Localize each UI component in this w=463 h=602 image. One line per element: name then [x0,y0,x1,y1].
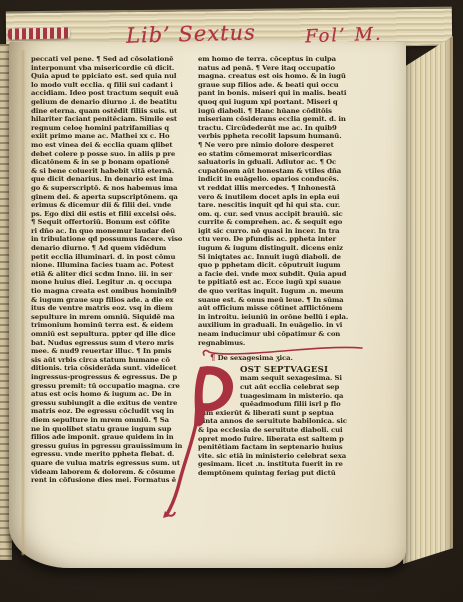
initial-paragraph-text: OST SEPTVAGESImam sequit sexagesima. Sic… [240,366,374,409]
text-line: indicit in euāgelio. oparios conducēs. [198,175,374,184]
text-line: currite & comprehen. ac. & sequit ego [198,218,374,227]
text-line: ginem dei. & aperta supscriptōnem. qa [31,193,199,202]
folio-number: Fol’ M. [305,24,383,48]
text-line: peccati vel pene. ¶ Sed ad cōsolationē [31,55,199,64]
text-line: ginta annos de seruitute babilonica. sic [198,417,374,426]
text-line: quēadmodum filii isrl p flo [240,400,374,409]
text-line: in introitu. ieiuniū in orōne bellū i ep… [198,313,374,322]
text-line: sis aūt vrbis circa statum humane cō [31,356,199,365]
text-line: ¶ Ne vero pre nimio dolore desperet [198,141,374,150]
text-line: iugum & iugum distinguit. dicens eniz [198,244,374,253]
text-line: nione. Illumina facies tuam ac. Potest [31,261,199,270]
text-line: gelium de denario diurno .i. de beatitu [31,98,199,107]
text-line: de quo veritas inquit. Iugum .n. meum [198,287,374,296]
text-line: itus de ventre matris eoz. vsq in diem [31,304,199,313]
text-line: eo statim cōmemorat misericordias [198,150,374,159]
text-line: accidiam. Ideo post tractum sequit euā [31,89,199,98]
initial-block: OST SEPTVAGESImam sequit sexagesima. Sic… [198,366,374,478]
text-line: quare de vulua matris egressus sum. ut [31,459,199,468]
text-line: hilariter faciant penitēciam. Simile est [31,115,199,124]
text-line: vite. sic etiā in ministerio celebrat se… [198,452,374,461]
text-line: ps. Ego dixi dii estis et filii excelsi … [31,210,199,219]
text-line: tio magna creata est omibus hominib9 [31,287,199,296]
text-line: mo est vinea dei & ecclia quam qlibet [31,141,199,150]
text-line: OST SEPTVAGESI [240,366,374,375]
text-line: denario diurno. ¶ Ad quem vidēdum [31,244,199,253]
text-line: atus est ocis homo & iugum ac. De in [31,390,199,399]
text-line: diem sepulture in mrem omniū. ¶ Sa [31,416,199,425]
text-line: natus ad penā. ¶ Vere itaq occupatio [198,64,374,73]
running-title: Lib’ Sextus [126,20,256,47]
text-line: penitētiam factam in septenario huius [198,443,374,452]
text-line: etiā & aliter dici scdm Inno. iii. in se… [31,270,199,279]
text-line: suaue est. & onus meū leue. ¶ In sūma [198,296,374,305]
text-line: magna. creatus est ois homo. & in iugū [198,72,374,81]
text-line: erimus & dicemur dii & filii dei. vnde [31,201,199,210]
text-line: tractu. Circūdederūt me ac. In quib9 [198,124,374,133]
text-line: opret modo fuire. liberata est saltem p [198,435,374,444]
text-line: neam inducimur ubi cōpatimur & con [198,330,374,339]
text-line: graue sup filios ade. & beati qui occu [198,81,374,90]
fore-edge [403,36,453,564]
text-line: petit ecclia illuminari. d. in post cōmu [31,253,199,262]
right-column-bottom-text: tum exierūt & liberati sunt p septuagint… [198,409,374,478]
text-line: dine eterna. quam ostēdit filiis suis. u… [31,107,199,116]
text-line: tuagesimam in misterio. qa [240,392,374,401]
text-line: ctu vero. De pfundis ac. ppheta inter [198,235,374,244]
text-line: bat. Nudus egressus sum d vtero mris [31,339,199,348]
text-line: ne in quolibet statu graue iugum sup [31,425,199,434]
chapter-rubric: ¶ De sexagesima ʒica. [198,354,374,363]
text-line: videam laborem & dolorem. & cōsume [31,468,199,477]
text-line: mam sequit sexagesima. Si [240,374,374,383]
text-line: ingressus-progressus & egressus. De p [31,373,199,382]
text-line: igit sic curro. nō quasi in incer. In tr… [198,227,374,236]
pilcrow-icon: ¶ [210,353,215,363]
text-line: em homo de terra. cōceptus in culpa [198,55,374,64]
text-line: gressu subiungit a die exitus de ventre [31,399,199,408]
text-line: regnabimus. [198,339,374,348]
text-line: gressu premit: tū occupatio magna. cre [31,382,199,391]
text-column-right: em homo de terra. cōceptus in culpanatus… [198,55,374,478]
text-line: vt reddat illis mercedes. ¶ Inhonestā [198,184,374,193]
text-line: miseriam cōsiderans ecclia gemit. d. in [198,115,374,124]
text-line: Si iniqtates ac. Innuit iugū diaboli. de [198,253,374,262]
text-line: sepulture in mrem omniū. Siquidē ma [31,313,199,322]
photo-of-incunabulum-page: Lib’ Sextus Fol’ M. peccati vel pene. ¶ … [0,0,463,602]
text-line: que dicit denarius. In denario est ima [31,175,199,184]
text-line: aūt officium misse cōtinet afflictōnem [198,304,374,313]
text-line: mee. & nud9 reuertar illuc. ¶ In pmis [31,347,199,356]
text-line: tum exierūt & liberati sunt p septua [198,409,374,418]
text-line: filios ade imponit. graue quidem in in [31,433,199,442]
text-line: & ipa ecclesia de seruitute diaboli. cui [198,426,374,435]
text-line: trimonium hominū terra est. & eidem [31,321,199,330]
text-line: gesimam. licet .n. instituta fuerit in r… [198,460,374,469]
text-line: lo modo vult ecclia. q filii sui cadant … [31,81,199,90]
text-line: cut aūt ecclia celebrat sep [240,383,374,392]
text-line: ditionis. tria cōsiderāda sunt. videlice… [31,364,199,373]
text-line: interponunt vba misericordie cū dicit. [31,64,199,73]
text-line: & si bene coluerit habebit vitā eternā. [31,167,199,176]
endband [8,27,70,39]
text-line: iugū diaboli. ¶ Hanc hūane cōditōis [198,107,374,116]
text-line: tare. nescitis inquit qd hi qui sta. cur… [198,201,374,210]
text-line: exiit primo mane ac. Mathei xx c. Ho [31,132,199,141]
text-line: auxilium in graduali. In euāgelio. in vi [198,321,374,330]
text-line: pant in bonis. miseri qui in malis. beat… [198,89,374,98]
rubric-text: De sexagesima ʒica. [218,354,293,362]
text-line: vero & inutilem docet apls in epla eui [198,193,374,202]
text-line: a facie dei. vnde mox subdit. Quia apud [198,270,374,279]
text-line: om. q. cur. sed vnus accipit brauiū. sic [198,210,374,219]
text-line: quoq qui iugum xpi portant. Miseri q [198,98,374,107]
text-line: matris eoz. De egressu cōcludit vsq in [31,407,199,416]
text-line: gressu guius in pgressu grauissimum in [31,442,199,451]
text-line: dicatōnem & in se p bonam opationē [31,158,199,167]
text-line: quo p pphetam dicit. cōputruit iugum [198,261,374,270]
text-line: egressu. vnde merito ppheta flebat. d. [31,450,199,459]
text-line: ¶ Sequit offertoriū. Bonum est cōfite [31,218,199,227]
text-line: Quia apud te ppiciato est. sed quia nul [31,72,199,81]
text-line: debet colere p posse suo. in aliis p pre [31,150,199,159]
text-line: verbis ppheta recolit lapsum humanū. [198,132,374,141]
text-line: te ppitiatō est ac. Ecce iugū xpi suaue [198,278,374,287]
text-line: omniū est sepultura. ppter qd ille dice [31,330,199,339]
text-line: cupatōnem aūt honestam & vtiles dña [198,167,374,176]
text-line: mone huius diei. Legitur .n. q occupa [31,278,199,287]
text-line: go & superscriptō. & nos habemus ima [31,184,199,193]
text-line: ri dño ac. In quo monemur laudar deū [31,227,199,236]
text-column-left: peccati vel pene. ¶ Sed ad cōsolationēin… [31,55,199,485]
text-line: & iugum graue sup filios ade. a die ex [31,296,199,305]
text-line: in tribulatione qd possumus facere. viso [31,235,199,244]
text-line: regnum celoę homini patrifamilias q [31,124,199,133]
text-line: saluatoris in gduali. Adiutor ac. ¶ Oc [198,158,374,167]
text-line: demptōnem quintag feriag put dictū [198,469,374,478]
text-line: rent in cōfusione dies mei. Formatus ē [31,476,199,485]
gutter-fold [21,50,25,555]
right-column-top-text: em homo de terra. cōceptus in culpanatus… [198,55,374,347]
